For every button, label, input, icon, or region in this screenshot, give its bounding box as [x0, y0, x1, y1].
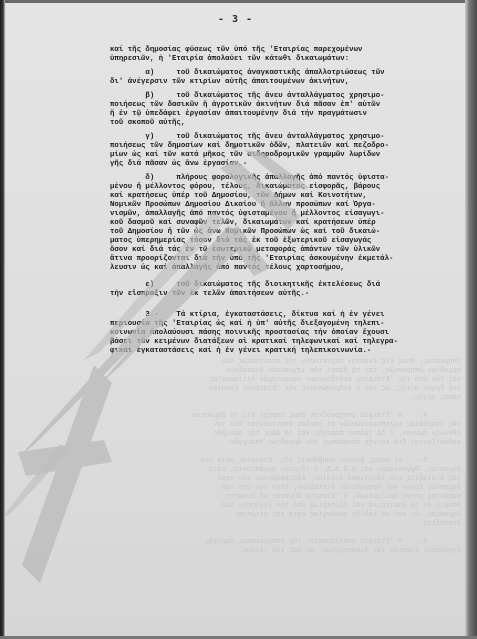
- text-line: 3.- Τά κτίρια, ἐγκαταστάσεις, δίκτυα καί…: [110, 311, 450, 320]
- scan-right-edge: [465, 0, 477, 639]
- text-line: τοῦ σκοποῦ αὐτῆς,: [110, 119, 450, 128]
- text-line: μένου ἤ μέλλοντος φόρου, τέλους, δικαιώμ…: [110, 183, 450, 192]
- text-line: βάσει τῶν κειμένων διατάξεων αἱ κρατικαί…: [110, 338, 450, 347]
- text-line: λευσιν ὡς καί ἀπαλλαγῆς ἀπό παντός τέλου…: [110, 264, 450, 273]
- bleed-line: ὑπηρεσίας, ὅπως εἰς ἑκάστην περίπτωσιν τ…: [101, 358, 461, 367]
- paragraph-section-3: 3.- Τά κτίρια, ἐγκαταστάσεις, δίκτυα καί…: [110, 311, 450, 356]
- text-line: ποιήσεως τῶν δημοσίων καί δημοτικῶν ὁδῶν…: [110, 142, 450, 151]
- bleed-line: τάς διατάξεις τοῦ ἰδιωτικοῦ δικαίου, ἐξα…: [101, 475, 461, 484]
- text-line: κοινωνία ἀπολαύουσι πάσης ποινικῆς προστ…: [110, 329, 450, 338]
- text-line: β) τοῦ δικαιώματος τῆς ἄνευ ἀνταλλάγματο…: [110, 92, 450, 101]
- text-line: νισμῶν, ἀπαλλαγῆς ἀπό παντός ὑφισταμένου…: [110, 210, 450, 219]
- bleed-line: ἐγγυήσεως ἐνώπιον τῶν δικαστηρίων, ὡς κα…: [101, 547, 461, 556]
- bleed-line: ἀρμοδίων ὑπηρεσιῶν, ἐπί τῇ βάσει τῶν ἰσχ…: [101, 367, 461, 376]
- paragraph-intro: καί τῆς δημοσίας φύσεως τῶν ὑπό τῆς 'Ετα…: [110, 46, 450, 64]
- bleed-line: 6.- Ἡ 'Εταιρία ἀπαλλάσσεται τῆς ὑποχρεώσ…: [101, 538, 461, 547]
- text-line: ὅσον καί διά τάς ἐν τῷ ἐσωτερικῷ μεταφορ…: [110, 246, 450, 255]
- text-line: μίων ὡς καί τῶν κατά μῆκος τῶν σιδηροδρο…: [110, 151, 450, 160]
- bleed-line: καθορίζονται διά κοινῆς ἀποφάσεως τῶν ἁρ…: [101, 439, 461, 448]
- text-line: ματος ὑπερημερίας τόσον διά τάς ἐκ τοῦ ἐ…: [110, 237, 450, 246]
- text-line: γ) τοῦ δικαιώματος τῆς ἄνευ ἀνταλλάγματο…: [110, 133, 450, 142]
- bleed-line: πάσης ἀρχῆς.: [101, 394, 461, 403]
- bleed-line: ἐθνικήν ἄμυναν, ὁ δέ τρόπος παροχῆς καί …: [101, 430, 461, 439]
- bleed-line: 5.- Αἱ πάσης φύσεως συμβάσεις τῆς 'Εταιρ…: [101, 457, 461, 466]
- text-line: Νομικῶν Προσώπων Δημοσίου Δικαίου ἤ ἄλλω…: [110, 201, 450, 210]
- text-line: δ) πλήρους φορολογικῆς ἀπαλλαγῆς ἀπό παν…: [110, 174, 450, 183]
- text-line: τοῦ Δημοσίου ἤ τῶν ὡς ἄνω Νομικῶν Προσώπ…: [110, 228, 450, 237]
- paragraph-item-e: ε) τοῦ δικαιώματος τῆς διοικητικῆς ἐκτελ…: [110, 281, 450, 299]
- text-line: περιουσία τῆς 'Εταιρίας ὡς καί ἡ ὑπ' αὐτ…: [110, 320, 450, 329]
- paragraph-item-a: α) τοῦ δικαιώματος ἀναγκαστικῆς ἀπαλλοτρ…: [110, 69, 450, 87]
- bleed-line: δάνεια ἐν τῷ ἐσωτερικῷ καί ἐξωτερικῷ ὑπό…: [101, 502, 461, 511]
- bleed-line: καί τῶν ὑπό τῆς 'Εταιρίας ἐκδιδομένων κα…: [101, 376, 461, 385]
- text-line: ἅτινα προορίζονται διά τήν ὑπό τῆς 'Εται…: [110, 255, 450, 264]
- text-line: α) τοῦ δικαιώματος ἀναγκαστικῆς ἀπαλλοτρ…: [110, 69, 450, 78]
- page-number: - 3 -: [6, 14, 465, 25]
- text-line: ε) τοῦ δικαιώματος τῆς διοικητικῆς ἐκτελ…: [110, 281, 450, 290]
- bleed-line: Δημοσίου, Ὀργανισμῶν καί Ν.Π.Δ.Δ. ἤ ἰδιω…: [101, 466, 461, 475]
- bleed-through-text: ὑπηρεσίας, ὅπως εἰς ἑκάστην περίπτωσιν τ…: [101, 358, 461, 556]
- text-line: καί τῆς δημοσίας φύσεως τῶν ὑπό τῆς 'Ετα…: [110, 46, 450, 55]
- text-line: δι' ἀνέγερσιν τῶν κτιρίων αὐτῆς ἀπαιτουμ…: [110, 78, 450, 87]
- text-line: φικαί ἐγκαταστάσεις καί ἡ ἐν γένει κρατι…: [110, 347, 450, 356]
- text-line: τήν εἴσπραξιν τῶν ἐκ τελῶν ἀπαιτήσεων αὐ…: [110, 290, 450, 299]
- bleed-line: τάς ὑπηρεσίας τηλεπικοινωνιῶν αἱ ὁποῖαι …: [101, 421, 461, 430]
- bleed-line: Δημοσίου, ὡς καί νά ἐκδίδῃ ὁμολογίας κατ…: [101, 511, 461, 520]
- paragraph-item-c: γ) τοῦ δικαιώματος τῆς ἄνευ ἀνταλλάγματο…: [110, 133, 450, 169]
- document-body: καί τῆς δημοσίας φύσεως τῶν ὑπό τῆς 'Ετα…: [110, 46, 450, 356]
- bleed-line: παρόντος ρητῶς ὁριζομένων. Ἡ 'Εταιρία δύ…: [101, 493, 461, 502]
- text-line: καί κρατήσεως ὑπέρ τοῦ Δημοσίου, τῶν Δήμ…: [110, 192, 450, 201]
- text-line: ἤ ἐν τῷ ὑπεδάφει ἐργασίαν ἀπαιτουμένην δ…: [110, 110, 450, 119]
- scan-left-edge: [0, 0, 5, 639]
- paragraph-item-b: β) τοῦ δικαιώματος τῆς ἄνευ ἀνταλλάγματο…: [110, 92, 450, 128]
- bleed-line: τοῦ ἔργου αὐτῆς, ὡς καί ἡ ἐκπροσώπησις τ…: [101, 385, 461, 394]
- text-line: ὑπηρεσιῶν, ἡ 'Εταιρία ἀπολαύει τῶν κάτωθ…: [110, 55, 450, 64]
- scanned-page: - 3 - ὑπηρεσίας, ὅπως εἰς ἑκάστην περίπτ…: [0, 0, 477, 639]
- paragraph-item-d: δ) πλήρους φορολογικῆς ἀπαλλαγῆς ἀπό παν…: [110, 174, 450, 273]
- bleed-line: δημοσίων ἔργων καί προμηθειῶν διατάξεων,…: [101, 484, 461, 493]
- bleed-line: διατάξεις.: [101, 520, 461, 529]
- scan-top-edge: [0, 0, 477, 3]
- paper-sheet: - 3 - ὑπηρεσίας, ὅπως εἰς ἑκάστην περίπτ…: [6, 3, 465, 636]
- text-line: κοῦ δασμοῦ καί συναφῶν τελῶν, δικαιωμάτω…: [110, 219, 450, 228]
- bleed-line: 4.- Ἡ 'Εταιρία ὑποχρεοῦται ὅπως παρέχῃ ε…: [101, 412, 461, 421]
- text-line: ποιήσεως τῶν δασικῶν ἤ ἀγροτικῶν ἀκινήτω…: [110, 101, 450, 110]
- text-line: γῆς διά πᾶσαν ὡς ἄνω ἐργασίαν,-: [110, 160, 450, 169]
